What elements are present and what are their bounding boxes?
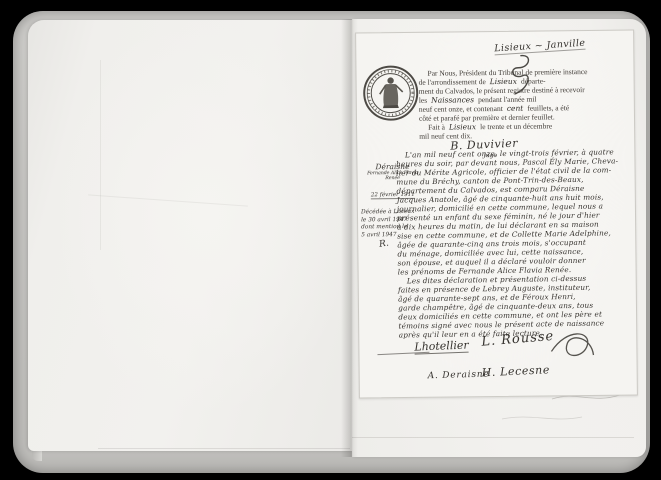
acte-sheet: Lisieux ~ Janville Par Nous, Président d… (355, 30, 638, 399)
signature-deraisne: A. Deraisne (428, 370, 490, 382)
signature-lecesne: H. Lecesne (481, 363, 550, 379)
handwritten-fill: Lisieux (449, 122, 476, 131)
handwritten-fill: cent (507, 104, 524, 113)
printed-preamble: Par Nous, Président du Tribunal de premi… (418, 67, 619, 141)
handwritten-location-note: Lisieux ~ Janville (494, 38, 586, 56)
handwritten-fill: Naissances (431, 95, 474, 104)
signature-swirl-flourish (547, 325, 597, 366)
page-crease (88, 194, 248, 206)
page-crease (100, 60, 101, 250)
under-page-edge (98, 448, 350, 449)
mention-initial: R. (379, 241, 390, 250)
acte-body-text: L'an mil neuf cent onze, le vingt-trois … (396, 147, 631, 339)
left-blank-page (28, 20, 352, 451)
official-seal-icon (361, 64, 420, 123)
handwritten-fill: Lisieux (490, 77, 517, 86)
scanned-register-image: { "colors": { "scan_background": "#00000… (0, 0, 661, 480)
